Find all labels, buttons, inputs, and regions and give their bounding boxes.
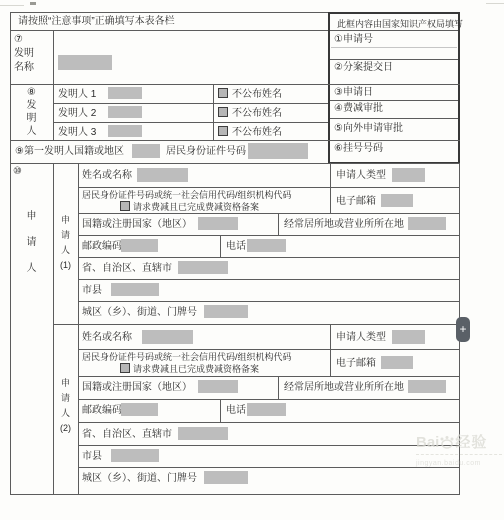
grid-line: [78, 279, 460, 280]
grid-line: [53, 122, 328, 123]
anonymous-checkbox[interactable]: [218, 88, 228, 98]
grid-line: [53, 324, 460, 325]
inventor-2-label: 发明人 2: [58, 108, 96, 120]
invention-title-label: ⑦ 发明 名称: [14, 33, 34, 75]
grid-line: [53, 103, 328, 104]
watermark: Bai经验 jingyan.baidu.com: [416, 434, 502, 472]
grid-line: [78, 257, 460, 258]
first-inventor-id-label: 居民身份证件号码: [166, 146, 246, 158]
grid-line: [78, 445, 460, 446]
applicant-section-number: ⑩: [13, 166, 22, 178]
redacted-value: [198, 217, 238, 230]
foreign-filing-approval-label: ⑤向外申请审批: [334, 123, 403, 135]
applicant-type-label: 申请人类型: [336, 170, 386, 182]
applicant-1-side-label: 申 请 人 (1): [53, 213, 78, 273]
province-label: 省、自治区、直辖市: [82, 429, 172, 441]
redacted-value: [132, 144, 160, 158]
nationality-label: 国籍或注册国家（地区）: [82, 382, 192, 394]
redacted-value: [108, 125, 142, 137]
grid-line: [78, 399, 460, 400]
grid-line: [10, 30, 328, 31]
registration-number-label: ⑥挂号号码: [334, 143, 383, 155]
form-instruction: 请按照“注意事项”正确填写本表各栏: [18, 16, 175, 28]
redacted-value: [198, 380, 238, 393]
county-label: 市县: [82, 285, 102, 297]
scan-artifact: [30, 2, 36, 5]
redacted-value: [381, 356, 413, 369]
redacted-value: [381, 194, 413, 207]
redacted-value: [178, 427, 228, 440]
nationality-label: 国籍或注册国家（地区）: [82, 219, 192, 231]
province-label: 省、自治区、直辖市: [82, 263, 172, 275]
official-use-box: 此框内容由国家知识产权局填写 ①申请号 ②分案提交日 ③申请日 ④费减审批 ⑤向…: [328, 12, 460, 164]
grid-line: [10, 140, 460, 141]
official-box-title: 此框内容由国家知识产权局填写: [337, 19, 463, 30]
baidu-paw-icon: [439, 434, 455, 449]
grid-line: [220, 235, 221, 257]
grid-line: [78, 376, 460, 377]
scan-artifact: [486, 3, 504, 4]
residence-label: 经常居所地或营业所所在地: [284, 219, 404, 231]
watermark-brand: Bai: [416, 434, 439, 451]
redacted-value: [392, 168, 425, 182]
anonymous-label: 不公布姓名: [232, 89, 282, 101]
fee-reduction-label: 请求费减且已完成费减资格备案: [133, 364, 259, 375]
redacted-value: [248, 143, 308, 159]
inventor-3-label: 发明人 3: [58, 127, 96, 139]
redacted-value: [111, 283, 159, 296]
grid-line: [78, 349, 460, 350]
redacted-value: [408, 380, 446, 393]
fee-reduction-checkbox[interactable]: [120, 201, 130, 211]
redacted-value: [247, 403, 286, 416]
name-label: 姓名或名称: [82, 332, 132, 344]
redacted-value: [108, 87, 142, 99]
phone-label: 电话: [226, 241, 246, 253]
watermark-suffix: 经验: [455, 434, 487, 451]
grid-line: [10, 84, 460, 85]
email-label: 电子邮箱: [336, 358, 376, 370]
table-border-bottom: [10, 494, 460, 495]
applicant-type-label: 申请人类型: [336, 332, 386, 344]
first-inventor-nationality-label: ⑨第一发明人国籍或地区: [15, 146, 124, 158]
grid-line: [330, 100, 458, 101]
grid-line: [330, 30, 458, 31]
anonymous-label: 不公布姓名: [232, 127, 282, 139]
grid-line: [78, 467, 460, 468]
patent-request-form-page: 请按照“注意事项”正确填写本表各栏 此框内容由国家知识产权局填写 ①申请号 ②分…: [0, 0, 504, 520]
grid-line: [330, 59, 458, 60]
grid-line: [53, 30, 54, 140]
grid-line: [78, 235, 460, 236]
anonymous-label: 不公布姓名: [232, 108, 282, 120]
email-label: 电子邮箱: [336, 196, 376, 208]
phone-label: 电话: [226, 405, 246, 417]
redacted-value: [121, 239, 158, 252]
postcode-label: 邮政编码: [82, 405, 122, 417]
filing-date-label: ③申请日: [334, 87, 373, 99]
application-number-label: ①申请号: [334, 34, 373, 46]
anonymous-checkbox[interactable]: [218, 126, 228, 136]
grid-line: [278, 376, 279, 399]
expand-handle-button[interactable]: +: [456, 317, 470, 342]
grid-line: [78, 301, 460, 302]
scan-artifact: [0, 5, 24, 6]
grid-line: [78, 213, 460, 214]
grid-line: [213, 84, 214, 140]
grid-line: [78, 422, 460, 423]
redacted-value: [247, 239, 286, 252]
redacted-value: [137, 168, 188, 182]
applicant-2-side-label: 申 请 人 (2): [53, 376, 78, 436]
redacted-value: [58, 55, 112, 70]
redacted-value: [111, 449, 159, 462]
grid-line: [330, 118, 458, 119]
grid-line: [220, 399, 221, 422]
watermark-url: jingyan.baidu.com: [416, 454, 502, 472]
residence-label: 经常居所地或营业所所在地: [284, 382, 404, 394]
redacted-value: [204, 305, 248, 318]
id-code-label: 居民身份证件号码或统一社会信用代码/组织机构代码: [82, 190, 292, 201]
county-label: 市县: [82, 451, 102, 463]
grid-line: [330, 163, 331, 213]
applicant-section-label: 申 请 人: [10, 210, 53, 275]
redacted-value: [121, 403, 158, 416]
grid-line: [331, 47, 457, 48]
redacted-value: [142, 330, 193, 344]
grid-line: [78, 187, 460, 188]
anonymous-checkbox[interactable]: [218, 107, 228, 117]
redacted-value: [408, 217, 446, 230]
redacted-value: [392, 330, 425, 344]
divisional-date-label: ②分案提交日: [334, 62, 393, 74]
street-label: 城区（乡）、街道、门牌号: [82, 307, 197, 319]
fee-reduction-label: 请求费减且已完成费减资格备案: [133, 202, 259, 213]
fee-reduction-approval-label: ④费减审批: [334, 103, 383, 115]
redacted-value: [178, 261, 228, 274]
street-label: 城区（乡）、街道、门牌号: [82, 473, 197, 485]
inventor-1-label: 发明人 1: [58, 89, 96, 101]
fee-reduction-checkbox[interactable]: [120, 363, 130, 373]
grid-line: [278, 213, 279, 235]
redacted-value: [108, 106, 142, 118]
inventors-section-label: ⑧ 发 明 人: [10, 86, 53, 138]
name-label: 姓名或名称: [82, 170, 132, 182]
id-code-label: 居民身份证件号码或统一社会信用代码/组织机构代码: [82, 352, 292, 363]
grid-line: [330, 324, 331, 376]
postcode-label: 邮政编码: [82, 241, 122, 253]
redacted-value: [204, 471, 248, 484]
